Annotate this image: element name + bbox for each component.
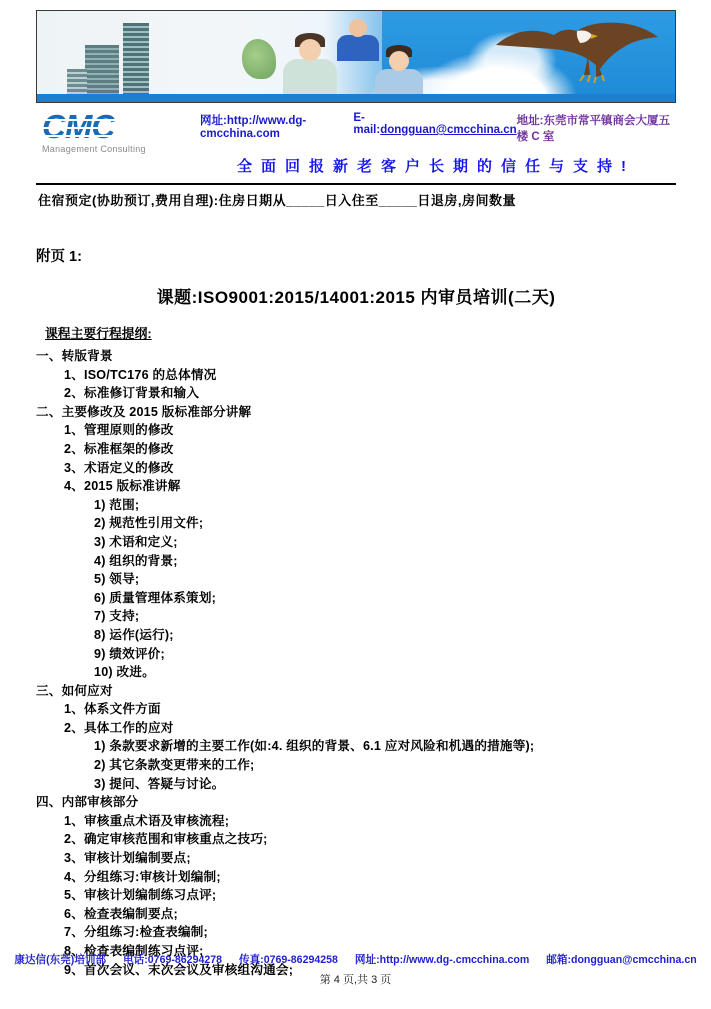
footer-contact-line: 康达信(东莞)培训部 电话:0769-86294278 传真:0769-8629… [0,952,711,967]
outline-item: 7) 支持; [36,607,676,626]
outline-item: 4) 组织的背景; [36,552,676,571]
eagle-icon [492,19,662,91]
footer-org: 康达信(东莞)培训部 [14,954,106,966]
cmc-logo: CMC Management Consulting [36,108,196,176]
page-number: 第 4 页,共 3 页 [0,971,711,987]
outline-item: 四、内部审核部分 [36,793,676,812]
outline-item: 8) 运作(运行); [36,626,676,645]
footer-tel: 电话:0769-86294278 [123,954,222,966]
outline-item: 2、标准修订背景和输入 [36,384,676,403]
footer-email-link[interactable]: 邮箱:dongguan@cmcchina.cn [546,954,696,966]
lodging-booking-line: 住宿预定(协助预订,费用自理):住房日期从_____日入住至_____日退房,房… [36,183,676,209]
outline-item: 2、具体工作的应对 [36,719,676,738]
outline-item: 3) 术语和定义; [36,533,676,552]
outline-item: 1、体系文件方面 [36,700,676,719]
person-image [337,35,379,61]
logo-stripe [40,135,116,137]
email-link[interactable]: E-mail:dongguan@cmcchina.cn [353,112,516,144]
course-outline: 一、转版背景1、ISO/TC176 的总体情况2、标准修订背景和输入二、主要修改… [36,347,676,979]
outline-item: 6、检查表编制要点; [36,905,676,924]
banner-bottom-strip [37,94,675,102]
outline-item: 1) 条款要求新增的主要工作(如:4. 组织的背景、6.1 应对风险和机遇的措施… [36,737,676,756]
outline-item: 2、确定审核范围和审核重点之技巧; [36,830,676,849]
appendix-label: 附页 1: [36,245,676,266]
outline-item: 1、管理原则的修改 [36,421,676,440]
outline-item: 4、2015 版标准讲解 [36,477,676,496]
outline-item: 1、审核重点术语及审核流程; [36,812,676,831]
outline-item: 三、如何应对 [36,682,676,701]
slogan-text: 全面回报新老客户长期的信任与支持! [196,155,676,176]
page-footer: 康达信(东莞)培训部 电话:0769-86294278 传真:0769-8629… [0,952,711,987]
footer-website-link[interactable]: 网址:http://www.dg-.cmcchina.com [355,954,529,966]
logo-stripe [40,127,116,129]
outline-heading: 课程主要行程提纲: [45,323,152,342]
person-image [349,19,367,37]
outline-item: 二、主要修改及 2015 版标准部分讲解 [36,403,676,422]
outline-item: 10) 改进。 [36,663,676,682]
course-title: 课题:ISO9001:2015/14001:2015 内审员培训(二天) [36,283,676,308]
outline-item: 9) 绩效评价; [36,645,676,664]
footer-fax: 传真:0769-86294258 [239,954,338,966]
document-page: CMC Management Consulting 网址:http://www.… [0,0,711,1009]
person-image [389,51,409,71]
letterhead-right: 网址:http://www.dg-cmcchina.com E-mail:don… [196,108,676,176]
outline-item: 3、术语定义的修改 [36,459,676,478]
logo-subtitle: Management Consulting [42,144,196,154]
outline-item: 7、分组练习:检查表编制; [36,923,676,942]
contact-line: 网址:http://www.dg-cmcchina.com E-mail:don… [196,108,676,144]
outline-item: 2、标准框架的修改 [36,440,676,459]
cmc-logo-text: CMC [42,110,114,143]
outline-item: 3、审核计划编制要点; [36,849,676,868]
outline-item: 一、转版背景 [36,347,676,366]
outline-item: 3) 提问、答疑与讨论。 [36,775,676,794]
logo-stripe [40,119,116,121]
letterhead-row: CMC Management Consulting 网址:http://www.… [36,103,676,176]
office-plant-image [242,39,276,79]
outline-item: 1、ISO/TC176 的总体情况 [36,366,676,385]
outline-item: 6) 质量管理体系策划; [36,589,676,608]
outline-item: 2) 规范性引用文件; [36,514,676,533]
outline-item: 2) 其它条款变更带来的工作; [36,756,676,775]
outline-item: 5) 领导; [36,570,676,589]
outline-item: 1) 范围; [36,496,676,515]
company-address: 地址:东莞市常平镇商会大厦五楼 C 室 [517,112,674,144]
person-image [299,39,321,61]
website-link[interactable]: 网址:http://www.dg-cmcchina.com [200,112,353,144]
skyscraper-image [123,23,149,103]
header-photo-banner [36,10,676,103]
outline-item: 4、分组练习:审核计划编制; [36,868,676,887]
outline-item: 5、审核计划编制练习点评; [36,886,676,905]
